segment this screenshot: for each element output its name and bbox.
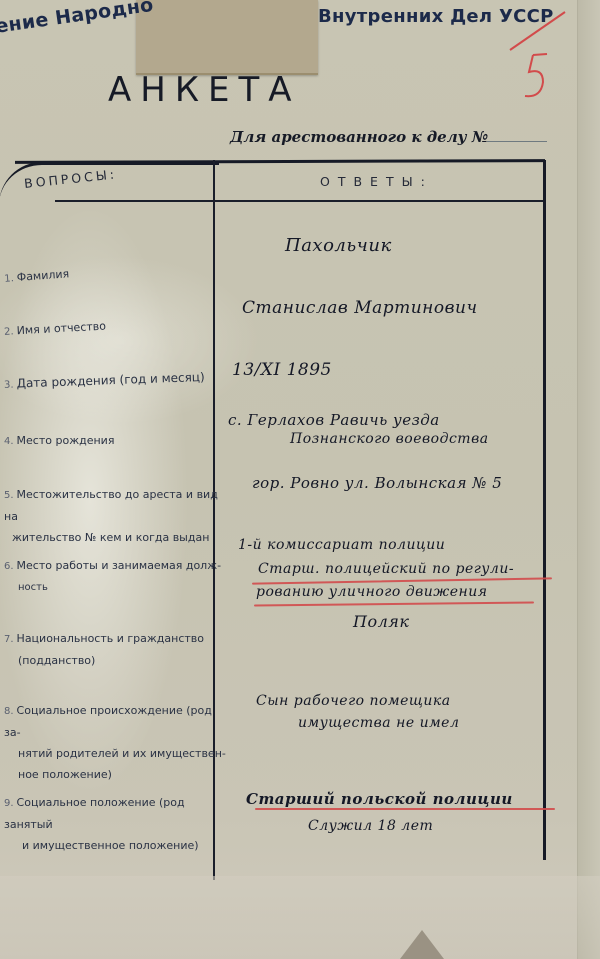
- answer-birth-date: 13/XI 1895: [232, 360, 332, 380]
- answer-social-status-line1: Старший польской полиции: [246, 790, 513, 808]
- form-title: АНКЕТА: [108, 70, 300, 110]
- answer-nationality: Поляк: [353, 612, 409, 631]
- paper-fold: [0, 876, 600, 959]
- paper-patch: [136, 0, 318, 75]
- form-subtitle: Для арестованного к делу №: [230, 128, 488, 146]
- red-page-number-mark: [505, 10, 575, 100]
- answer-workplace-line2: Старш. полицейский по регули-: [258, 561, 514, 577]
- page-edge: [577, 0, 600, 959]
- answer-birthplace-line1: с. Герлахов Равичь уезда: [228, 411, 440, 429]
- answer-social-origin-line1: Сын рабочего помещика: [256, 693, 451, 709]
- column-header-answers: ОТВЕТЫ:: [320, 174, 433, 189]
- answer-birthplace-line2: Познанского воеводства: [290, 431, 489, 447]
- question-9: 9.Социальное положение (род занятый и им…: [4, 792, 229, 856]
- header-rule: [55, 200, 543, 202]
- answer-social-status-line2: Служил 18 лет: [308, 818, 433, 834]
- case-number-field: [487, 141, 547, 142]
- question-8: 8.Социальное происхождение (род за- няти…: [4, 700, 229, 785]
- red-underline: [255, 808, 555, 810]
- table-right-rule: [543, 160, 546, 860]
- answer-workplace-line3: рованию уличного движения: [256, 584, 488, 600]
- answer-surname: Пахольчик: [285, 235, 392, 256]
- paper-tear: [400, 930, 444, 959]
- question-5: 5.Местожительство до ареста и вид на жит…: [4, 484, 229, 548]
- answer-name-patronymic: Станислав Мартинович: [242, 298, 478, 318]
- answer-residence: гор. Ровно ул. Волынская № 5: [252, 474, 502, 492]
- question-7: 7.Национальность и гражданство (подданст…: [4, 628, 229, 671]
- question-4: 4.Место рождения: [4, 430, 229, 452]
- question-6: 6.Место работы и занимаемая долж- ность: [4, 555, 229, 598]
- answer-social-origin-line2: имущества не имел: [298, 715, 459, 731]
- answer-workplace-line1: 1-й комиссариат полиции: [238, 537, 445, 553]
